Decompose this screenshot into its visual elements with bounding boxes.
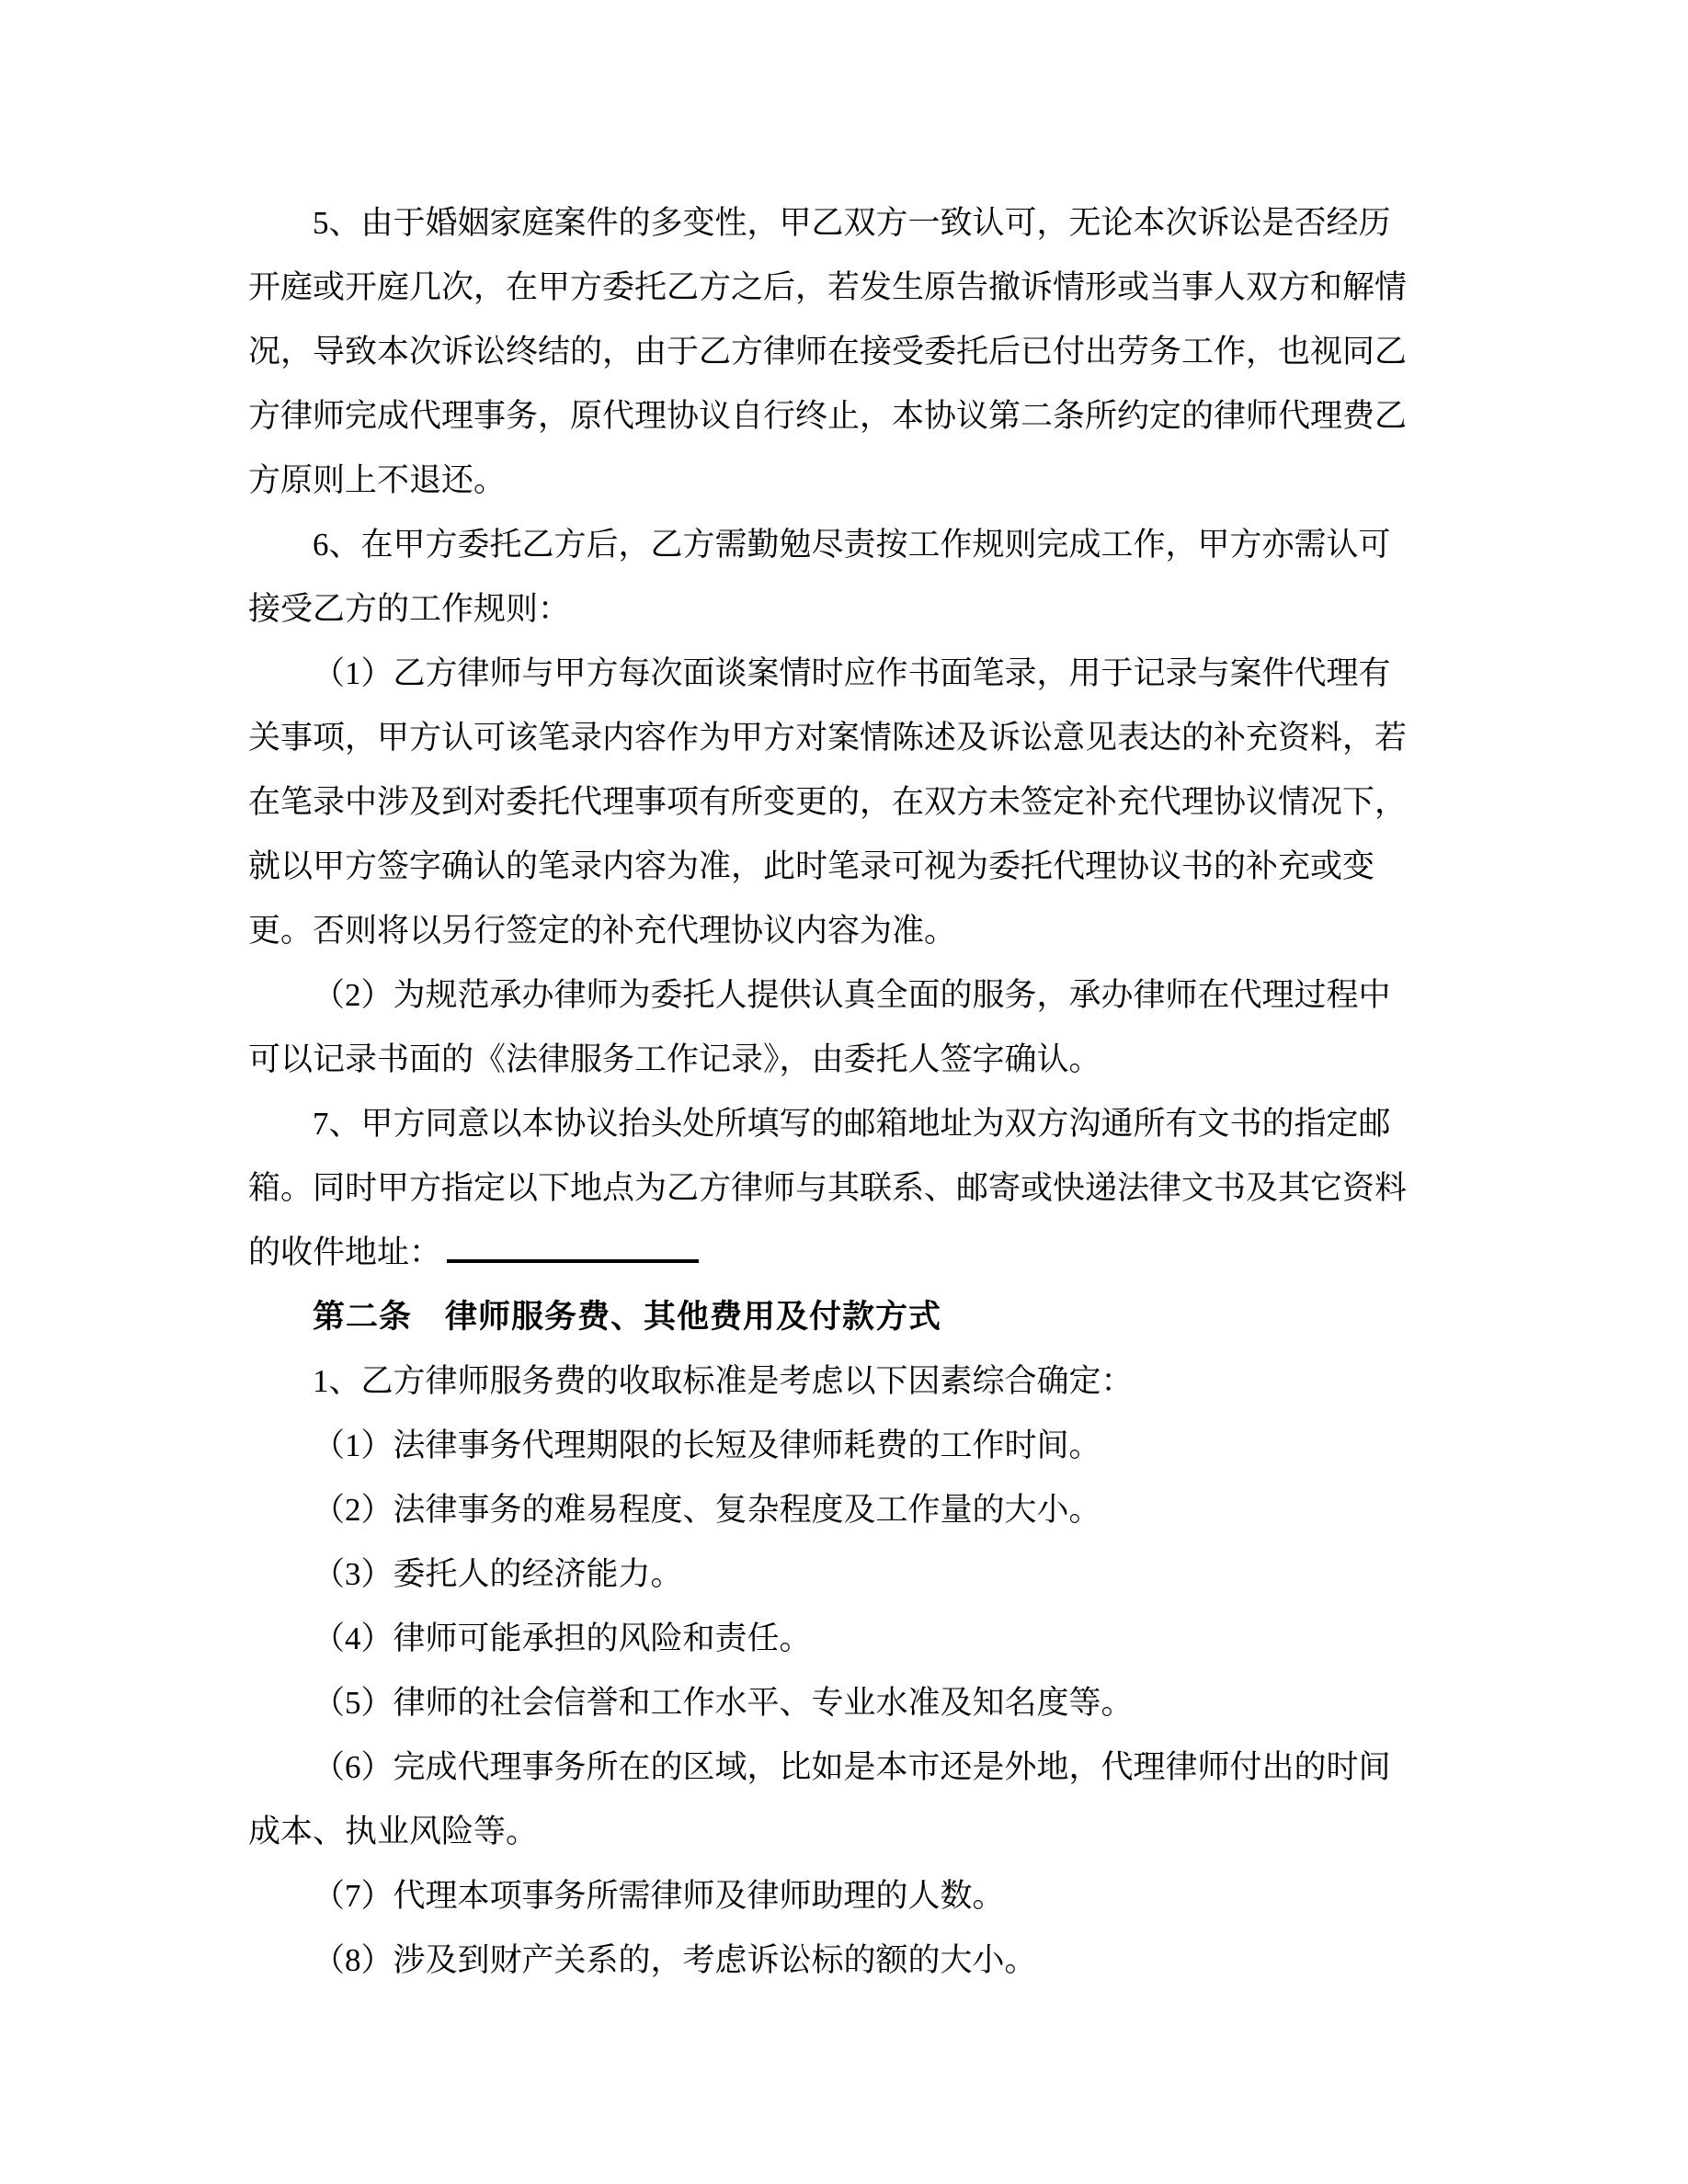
paragraph-line: 开庭或开庭几次，在甲方委托乙方之后，若发生原告撤诉情形或当事人双方和解情 <box>248 256 1449 320</box>
paragraph-line: 关事项，甲方认可该笔录内容作为甲方对案情陈述及诉讼意见表达的补充资料，若 <box>248 706 1449 770</box>
list-item-continuation: 成本、执业风险等。 <box>248 1800 1449 1864</box>
section-heading: 第二条 律师服务费、其他费用及付款方式 <box>248 1285 1449 1349</box>
paragraph-line: 更。否则将以另行签定的补充代理协议内容为准。 <box>248 899 1449 963</box>
paragraph-line: （1）乙方律师与甲方每次面谈案情时应作书面笔录，用于记录与案件代理有 <box>248 642 1449 706</box>
list-item: （3）委托人的经济能力。 <box>248 1542 1449 1607</box>
list-item: （4）律师可能承担的风险和责任。 <box>248 1607 1449 1671</box>
paragraph-line: 6、在甲方委托乙方后，乙方需勤勉尽责按工作规则完成工作，甲方亦需认可 <box>248 513 1449 577</box>
paragraph-line: 就以甲方签字确认的笔录内容为准，此时笔录可视为委托代理协议书的补充或变 <box>248 835 1449 899</box>
document-page: 5、由于婚姻家庭案件的多变性，甲乙双方一致认可，无论本次诉讼是否经历 开庭或开庭… <box>0 0 1688 2184</box>
list-item: （5）律师的社会信誉和工作水平、专业水准及知名度等。 <box>248 1671 1449 1735</box>
paragraph-line: 况，导致本次诉讼终结的，由于乙方律师在接受委托后已付出劳务工作，也视同乙 <box>248 320 1449 384</box>
list-item: （7）代理本项事务所需律师及律师助理的人数。 <box>248 1864 1449 1928</box>
paragraph-line: 可以记录书面的《法律服务工作记录》，由委托人签字确认。 <box>248 1028 1449 1092</box>
paragraph-line-with-blank: 的收件地址： <box>248 1221 1449 1285</box>
paragraph-line: 在笔录中涉及到对委托代理事项有所变更的，在双方未签定补充代理协议情况下， <box>248 770 1449 835</box>
list-item: （8）涉及到财产关系的，考虑诉讼标的额的大小。 <box>248 1928 1449 1993</box>
address-blank-line <box>447 1230 699 1263</box>
paragraph-line: 接受乙方的工作规则： <box>248 577 1449 642</box>
paragraph-line: 5、由于婚姻家庭案件的多变性，甲乙双方一致认可，无论本次诉讼是否经历 <box>248 191 1449 256</box>
list-item: （2）法律事务的难易程度、复杂程度及工作量的大小。 <box>248 1478 1449 1542</box>
address-label: 的收件地址： <box>248 1234 441 1270</box>
paragraph-line: 方原则上不退还。 <box>248 449 1449 513</box>
list-item: （6）完成代理事务所在的区域，比如是本市还是外地，代理律师付出的时间 <box>248 1735 1449 1800</box>
paragraph-line: 箱。同时甲方指定以下地点为乙方律师与其联系、邮寄或快递法律文书及其它资料 <box>248 1156 1449 1221</box>
paragraph-line: 7、甲方同意以本协议抬头处所填写的邮箱地址为双方沟通所有文书的指定邮 <box>248 1092 1449 1156</box>
list-item: （1）法律事务代理期限的长短及律师耗费的工作时间。 <box>248 1414 1449 1478</box>
paragraph-line: （2）为规范承办律师为委托人提供认真全面的服务，承办律师在代理过程中 <box>248 963 1449 1028</box>
paragraph-line: 1、乙方律师服务费的收取标准是考虑以下因素综合确定： <box>248 1349 1449 1414</box>
paragraph-line: 方律师完成代理事务，原代理协议自行终止，本协议第二条所约定的律师代理费乙 <box>248 384 1449 449</box>
